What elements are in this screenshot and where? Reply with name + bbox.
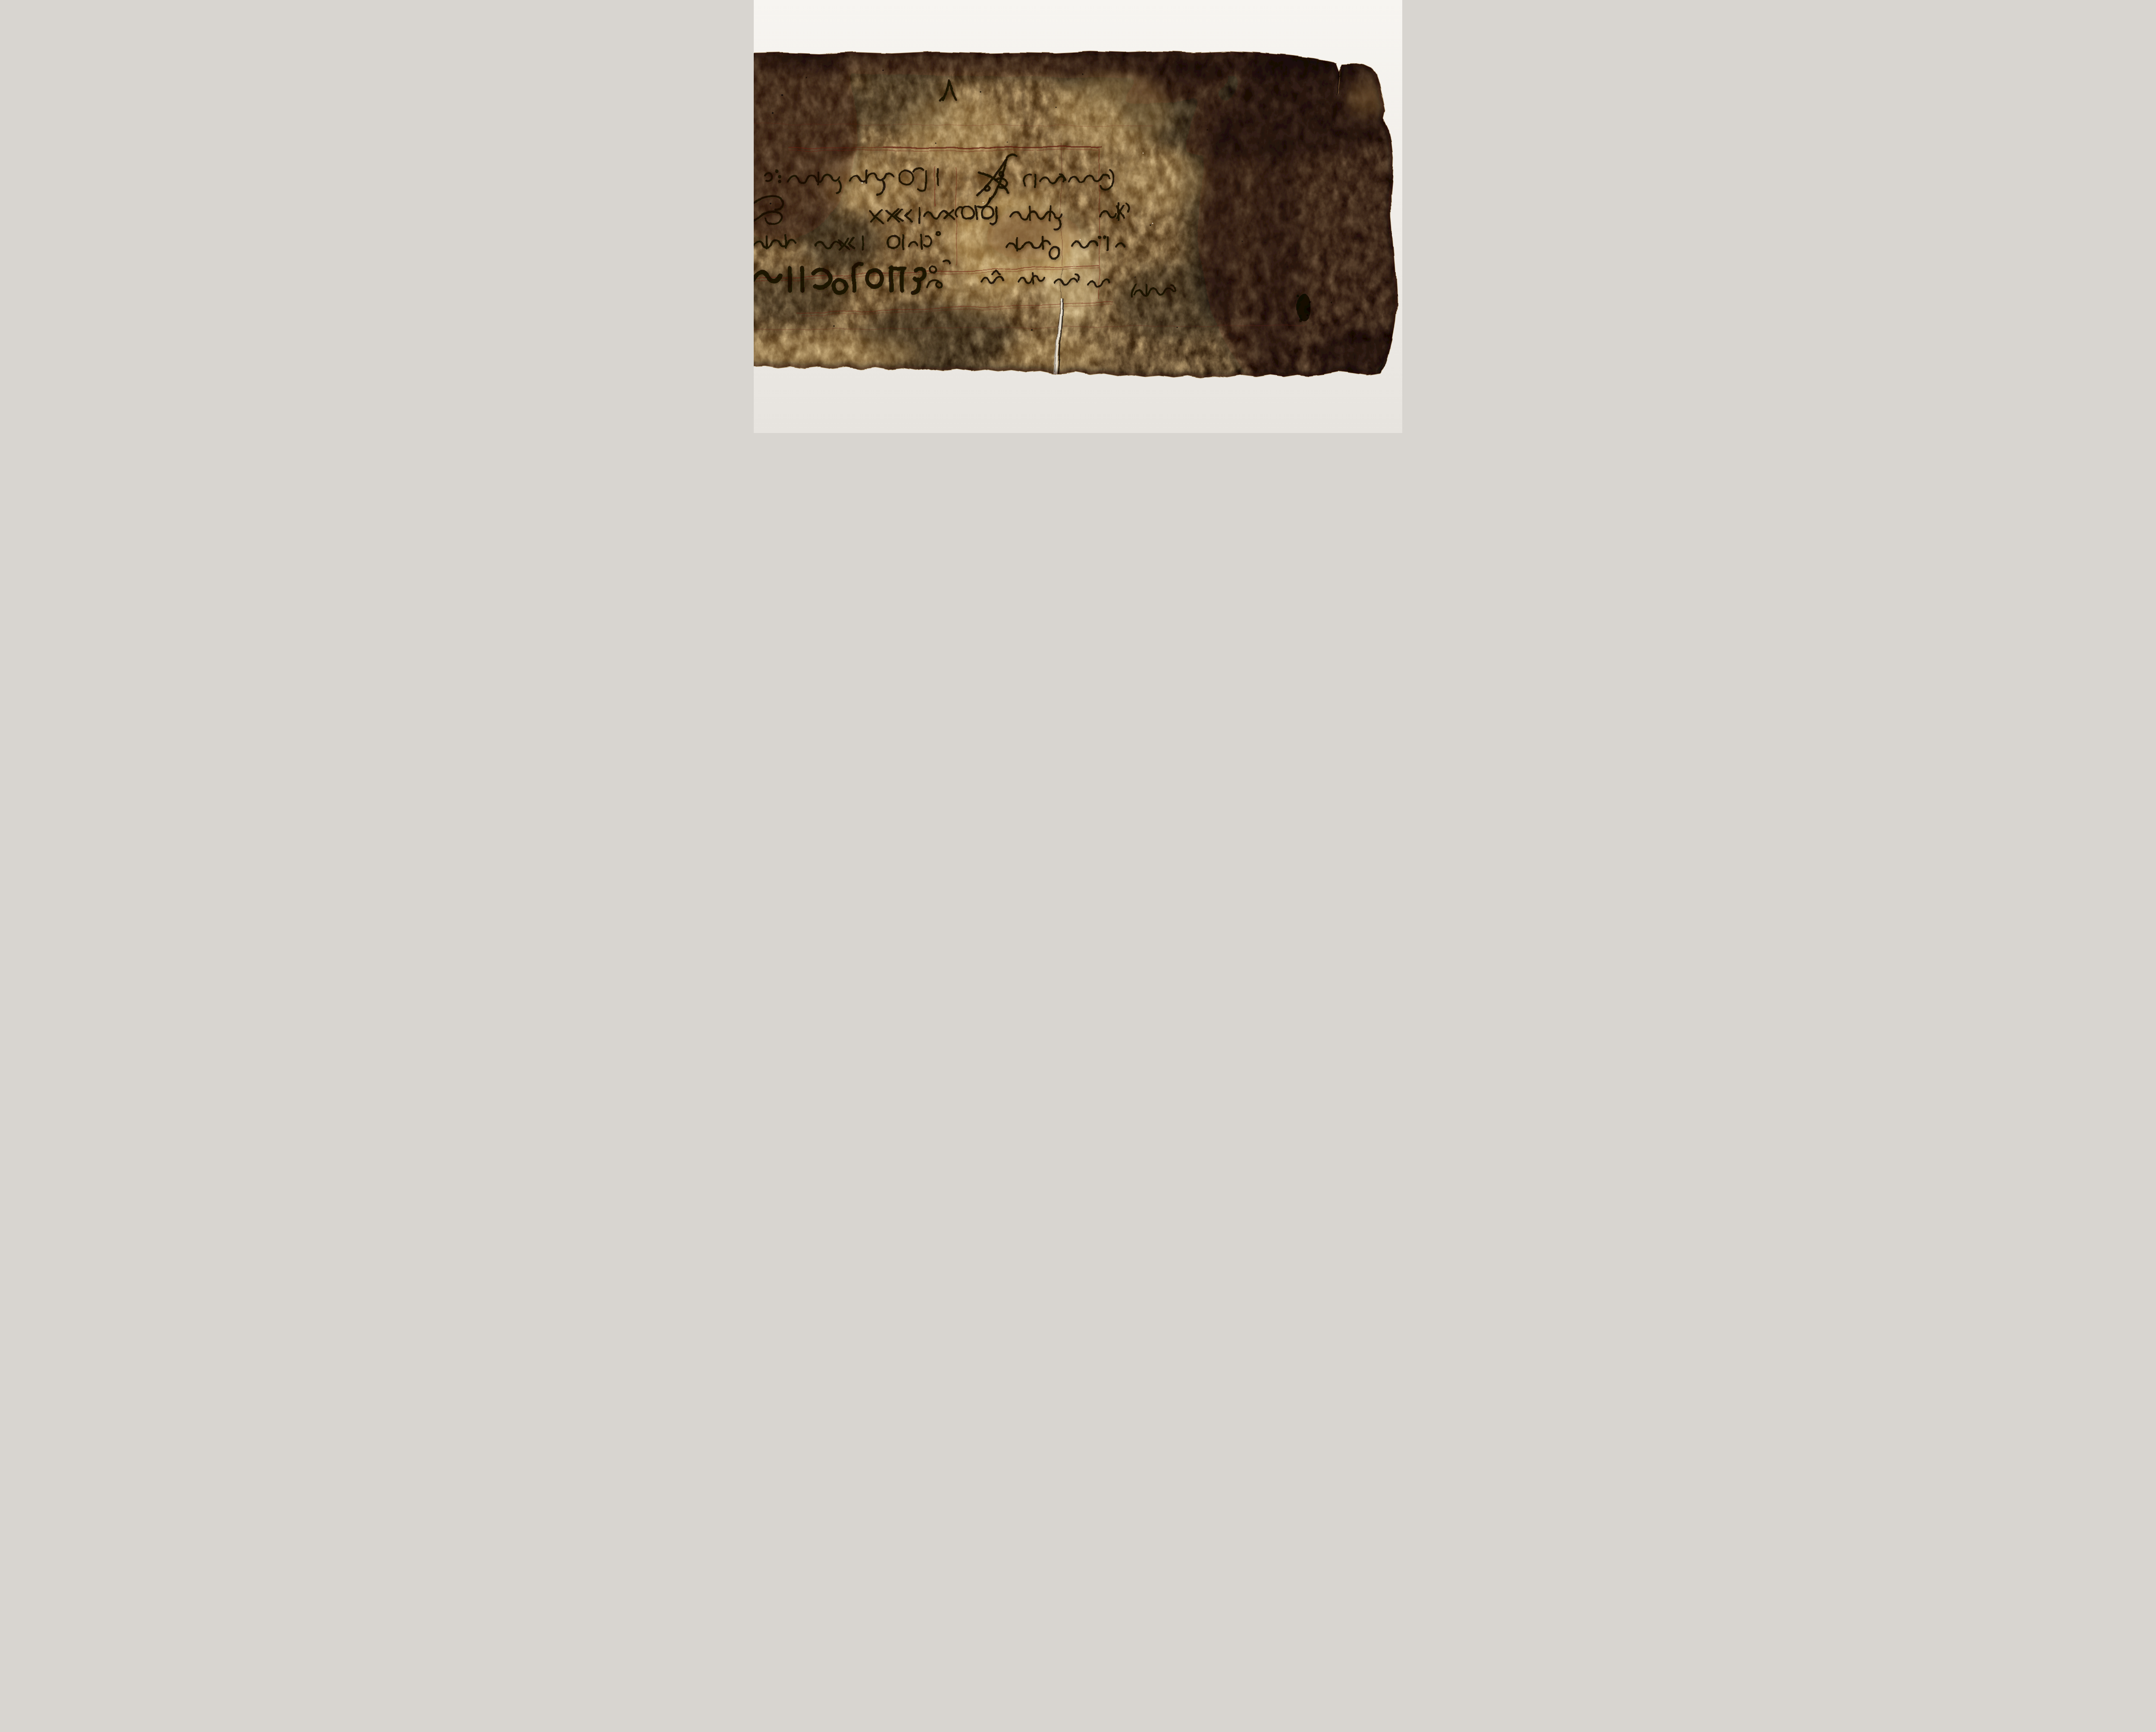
dark-speck: [1206, 129, 1208, 131]
stain-light: [1051, 73, 1172, 151]
dark-speck: [935, 143, 937, 144]
dark-speck: [1241, 242, 1243, 243]
dark-speck: [805, 78, 807, 79]
stain-light: [900, 95, 1012, 164]
red-ruling-line: [935, 167, 935, 206]
light-speck: [1153, 223, 1154, 224]
worm-hole-patch: [1297, 293, 1311, 321]
light-speck: [983, 202, 984, 204]
dark-speck: [979, 91, 981, 92]
stain-light: [1112, 151, 1206, 211]
dark-speck: [832, 326, 834, 328]
dark-speck: [782, 94, 784, 96]
dark-speck: [883, 69, 884, 70]
photo-stage: [754, 0, 1402, 433]
stain-dark: [1250, 129, 1301, 388]
dark-speck: [1297, 295, 1299, 297]
stain-dark: [1181, 95, 1241, 319]
light-speck: [862, 182, 863, 183]
dark-speck: [1177, 326, 1178, 327]
manuscript-photograph: [754, 0, 1402, 433]
dark-speck: [1082, 74, 1083, 75]
dark-speck: [1008, 142, 1009, 143]
dark-speck: [1150, 224, 1152, 226]
light-speck: [1144, 153, 1145, 154]
dark-speck: [770, 203, 772, 204]
dark-speck: [1055, 107, 1056, 109]
light-speck: [1080, 240, 1081, 241]
dark-speck: [1134, 276, 1136, 278]
dark-speck: [1331, 301, 1332, 303]
manuscript-fragment: [754, 17, 1402, 405]
stain-light: [823, 160, 909, 211]
dark-speck: [772, 112, 774, 114]
dark-speck: [1031, 328, 1032, 329]
